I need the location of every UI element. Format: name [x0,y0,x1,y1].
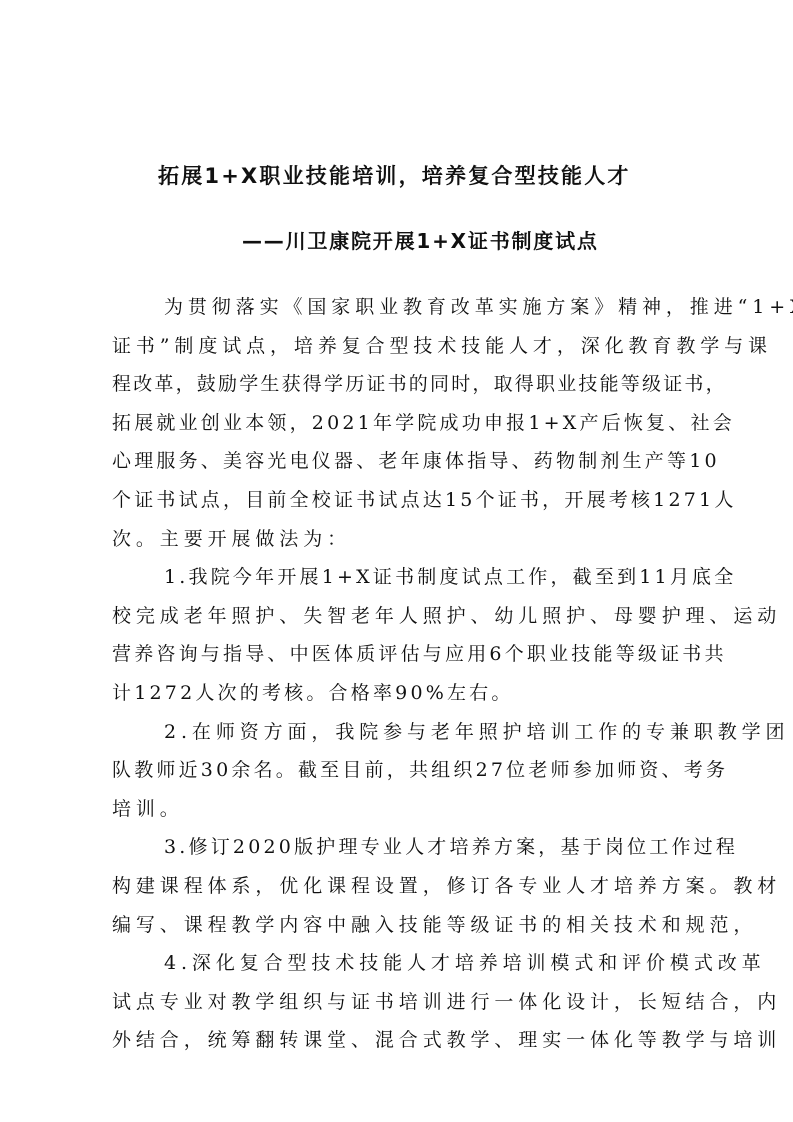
text-line: 个证书试点，目前全校证书试点达15个证书，开展考核1271人 [112,481,682,520]
document-title: 拓展1+X职业技能培训，培养复合型技能人才 [158,162,631,190]
document-subtitle: ——川卫康院开展1+X证书制度试点 [242,227,599,255]
text-line: 2.在师资方面，我院参与老年照护培训工作的专兼职教学团 [112,713,682,752]
text-line: 培训。 [112,790,682,829]
text-line: 构建课程体系，优化课程设置，修订各专业人才培养方案。教材 [112,867,682,906]
text-line: 程改革，鼓励学生获得学历证书的同时，取得职业技能等级证书， [112,365,682,404]
text-line: 3.修订2020版护理专业人才培养方案，基于岗位工作过程 [112,828,682,867]
text-line: 试点专业对教学组织与证书培训进行一体化设计，长短结合，内 [112,983,682,1022]
text-line: 心理服务、美容光电仪器、老年康体指导、药物制剂生产等10 [112,442,682,481]
document-body: 为贯彻落实《国家职业教育改革实施方案》精神，推进“1+X 证书”制度试点，培养复… [112,288,682,1060]
paragraph-item-3: 3.修订2020版护理专业人才培养方案，基于岗位工作过程 构建课程体系，优化课程… [112,828,682,944]
text-line: 校完成老年照护、失智老年人照护、幼儿照护、母婴护理、运动 [112,597,682,636]
paragraph-item-2: 2.在师资方面，我院参与老年照护培训工作的专兼职教学团 队教师近30余名。截至目… [112,713,682,829]
text-line: 外结合，统筹翻转课堂、混合式教学、理实一体化等教学与培训 [112,1021,682,1060]
text-line: 证书”制度试点，培养复合型技术技能人才，深化教育教学与课 [112,327,682,366]
text-line: 编写、课程教学内容中融入技能等级证书的相关技术和规范， [112,906,682,945]
paragraph-item-4: 4.深化复合型技术技能人才培养培训模式和评价模式改革 试点专业对教学组织与证书培… [112,944,682,1060]
text-line: 4.深化复合型技术技能人才培养培训模式和评价模式改革 [112,944,682,983]
text-line: 队教师近30余名。截至目前，共组织27位老师参加师资、考务 [112,751,682,790]
paragraph-item-1: 1.我院今年开展1+X证书制度试点工作，截至到11月底全 校完成老年照护、失智老… [112,558,682,712]
text-line: 拓展就业创业本领，2021年学院成功申报1+X产后恢复、社会 [112,404,682,443]
text-line: 营养咨询与指导、中医体质评估与应用6个职业技能等级证书共 [112,635,682,674]
document-page: 拓展1+X职业技能培训，培养复合型技能人才 ——川卫康院开展1+X证书制度试点 … [0,0,793,1122]
text-line: 计1272人次的考核。合格率90%左右。 [112,674,682,713]
text-line: 为贯彻落实《国家职业教育改革实施方案》精神，推进“1+X [112,288,682,327]
paragraph-intro: 为贯彻落实《国家职业教育改革实施方案》精神，推进“1+X 证书”制度试点，培养复… [112,288,682,558]
text-line: 次。主要开展做法为： [112,520,682,559]
text-line: 1.我院今年开展1+X证书制度试点工作，截至到11月底全 [112,558,682,597]
